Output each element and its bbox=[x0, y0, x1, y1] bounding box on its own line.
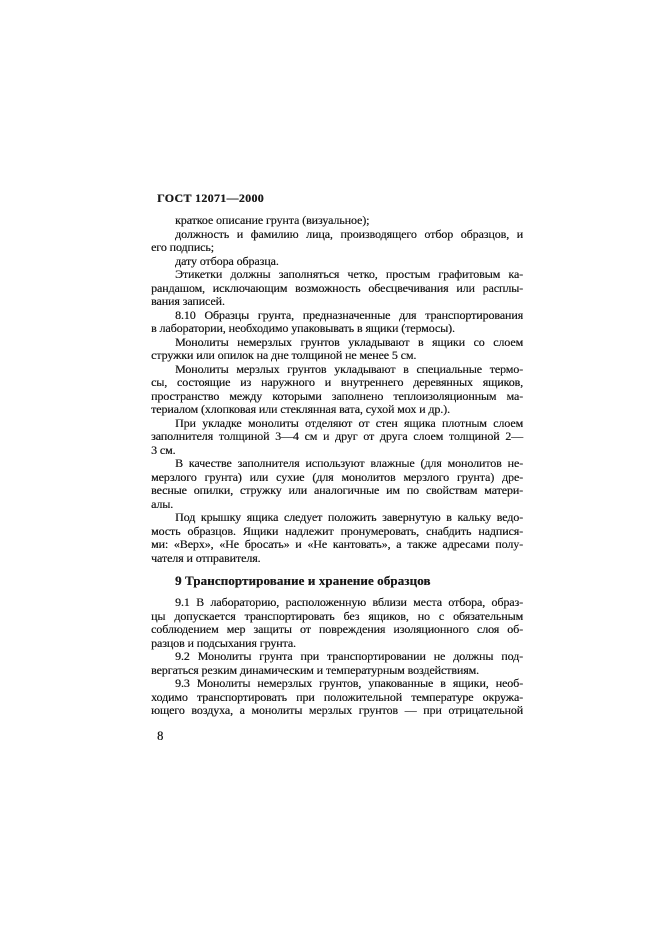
paragraph: 9.2 Монолиты грунта при транспортировани… bbox=[151, 650, 523, 677]
text-line: сы, состоящие из наружного и внутреннего… bbox=[151, 376, 523, 390]
text-line: его подпись; bbox=[151, 241, 523, 255]
page-number: 8 bbox=[157, 729, 163, 744]
text-line: 8.10 Образцы грунта, предназначенные для… bbox=[151, 309, 523, 323]
paragraph: Под крышку ящика следует положить заверн… bbox=[151, 511, 523, 565]
text-line: чателя и отправителя. bbox=[151, 552, 523, 566]
paragraph: Монолиты немерзлых грунтов укладывают в … bbox=[151, 336, 523, 363]
text-line: 9.3 Монолиты немерзлых грунтов, упакован… bbox=[151, 677, 523, 691]
text-line: 3 см. bbox=[151, 444, 523, 458]
paragraph: При укладке монолиты отделяют от стен ящ… bbox=[151, 417, 523, 458]
text-line: 9.1 В лабораторию, расположенную вблизи … bbox=[151, 596, 523, 610]
text-line: рандашом, исключающим возможность обесцв… bbox=[151, 282, 523, 296]
text-line: Монолиты немерзлых грунтов укладывают в … bbox=[151, 336, 523, 350]
paragraph: 8.10 Образцы грунта, предназначенные для… bbox=[151, 309, 523, 336]
paragraph: Этикетки должны заполняться четко, прост… bbox=[151, 268, 523, 309]
text-line: весные опилки, стружку или аналогичные и… bbox=[151, 484, 523, 498]
text-line: краткое описание грунта (визуальное); bbox=[151, 214, 523, 228]
document-standard-header: ГОСТ 12071—2000 bbox=[157, 191, 264, 206]
paragraph: дату отбора образца. bbox=[151, 255, 523, 269]
text-line: заполнителя толщиной 3—4 см и друг от др… bbox=[151, 430, 523, 444]
text-line: пространство между которыми заполнено те… bbox=[151, 390, 523, 404]
text-line: разцов и подсыхания грунта. bbox=[151, 637, 523, 651]
text-line: Этикетки должны заполняться четко, прост… bbox=[151, 268, 523, 282]
document-page: ГОСТ 12071—2000 краткое описание грунта … bbox=[0, 0, 661, 935]
text-line: ющего воздуха, а монолиты мерзлых грунто… bbox=[151, 704, 523, 718]
text-line: При укладке монолиты отделяют от стен ящ… bbox=[151, 417, 523, 431]
text-line: Монолиты мерзлых грунтов укладывают в сп… bbox=[151, 363, 523, 377]
text-line: соблюдением мер защиты от повреждения из… bbox=[151, 623, 523, 637]
paragraph: Монолиты мерзлых грунтов укладывают в сп… bbox=[151, 363, 523, 417]
text-line: ходимо транспортировать при положительно… bbox=[151, 691, 523, 705]
text-line: вания записей. bbox=[151, 295, 523, 309]
text-line: В качестве заполнителя используют влажны… bbox=[151, 457, 523, 471]
paragraph: В качестве заполнителя используют влажны… bbox=[151, 457, 523, 511]
text-line: алы. bbox=[151, 498, 523, 512]
paragraph: 9.1 В лабораторию, расположенную вблизи … bbox=[151, 596, 523, 650]
text-line: вергаться резким динамическим и температ… bbox=[151, 664, 523, 678]
section-heading: 9 Транспортирование и хранение образцов bbox=[151, 574, 523, 588]
paragraph: краткое описание грунта (визуальное); bbox=[151, 214, 523, 228]
text-line: цы допускается транспортировать без ящик… bbox=[151, 610, 523, 624]
text-line: териалом (хлопковая или стеклянная вата,… bbox=[151, 403, 523, 417]
paragraph: 9.3 Монолиты немерзлых грунтов, упакован… bbox=[151, 677, 523, 718]
text-line: Под крышку ящика следует положить заверн… bbox=[151, 511, 523, 525]
text-line: мость образцов. Ящики надлежит пронумеро… bbox=[151, 525, 523, 539]
text-line: ми: «Верх», «Не бросать» и «Не кантовать… bbox=[151, 538, 523, 552]
text-line: стружки или опилок на дне толщиной не ме… bbox=[151, 349, 523, 363]
text-line: 9.2 Монолиты грунта при транспортировани… bbox=[151, 650, 523, 664]
paragraph: должность и фамилию лица, производящего … bbox=[151, 228, 523, 255]
text-line: мерзлого грунта) или сухие (для монолито… bbox=[151, 471, 523, 485]
text-line: дату отбора образца. bbox=[151, 255, 523, 269]
text-line: в лаборатории, необходимо упаковывать в … bbox=[151, 322, 523, 336]
text-line: должность и фамилию лица, производящего … bbox=[151, 228, 523, 242]
document-body: краткое описание грунта (визуальное);дол… bbox=[151, 214, 523, 718]
